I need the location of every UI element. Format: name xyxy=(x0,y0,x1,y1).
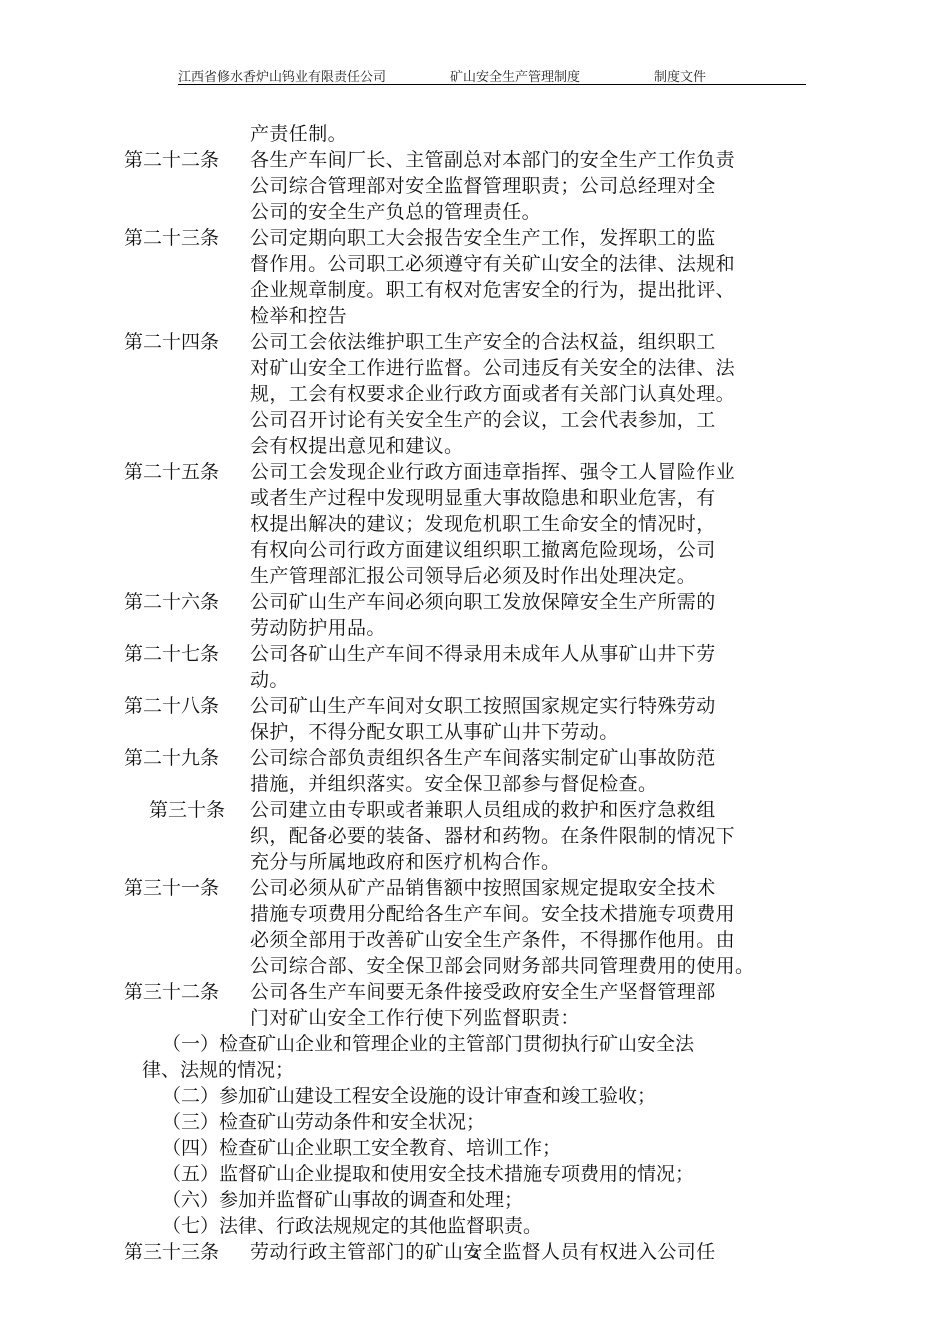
text-line: 公司必须从矿产品销售额中按照国家规定提取安全技术 xyxy=(250,875,810,901)
text-line: 充分与所属地政府和医疗机构合作。 xyxy=(250,849,810,875)
article-text: 公司矿山生产车间必须向职工发放保障安全生产所需的劳动防护用品。 xyxy=(250,589,810,641)
article: 第二十六条公司矿山生产车间必须向职工发放保障安全生产所需的劳动防护用品。 xyxy=(124,589,824,641)
article-text: 公司各生产车间要无条件接受政府安全生产坚督管理部门对矿山安全工作行使下列监督职责… xyxy=(250,979,810,1031)
page-number: 3 xyxy=(471,1247,479,1262)
article-label: 第三十条 xyxy=(124,797,250,875)
text-line: 企业规章制度。职工有权对危害安全的行为，提出批评、 xyxy=(250,277,810,303)
text-line: 公司工会依法维护职工生产安全的合法权益，组织职工 xyxy=(250,329,810,355)
article: 第二十四条公司工会依法维护职工生产安全的合法权益，组织职工对矿山安全工作进行监督… xyxy=(124,329,824,459)
text-line: 劳动防护用品。 xyxy=(250,615,810,641)
article: 第二十八条公司矿山生产车间对女职工按照国家规定实行特殊劳动保护，不得分配女职工从… xyxy=(124,693,824,745)
article-label: 第三十三条 xyxy=(124,1239,250,1265)
text-line: 产责任制。 xyxy=(250,121,810,147)
article-text: 公司各矿山生产车间不得录用未成年人从事矿山井下劳动。 xyxy=(250,641,810,693)
text-line: 各生产车间厂长、主管副总对本部门的安全生产工作负责 xyxy=(250,147,810,173)
text-line: 督作用。公司职工必须遵守有关矿山安全的法律、法规和 xyxy=(250,251,810,277)
text-line: 措施，并组织落实。安全保卫部参与督促检查。 xyxy=(250,771,810,797)
text-line: 权提出解决的建议；发现危机职工生命安全的情况时， xyxy=(250,511,810,537)
article: 第二十七条公司各矿山生产车间不得录用未成年人从事矿山井下劳动。 xyxy=(124,641,824,693)
article-text: 公司矿山生产车间对女职工按照国家规定实行特殊劳动保护，不得分配女职工从事矿山井下… xyxy=(250,693,810,745)
article-text: 公司定期向职工大会报告安全生产工作，发挥职工的监督作用。公司职工必须遵守有关矿山… xyxy=(250,225,810,329)
article: 第二十五条公司工会发现企业行政方面违章指挥、强令工人冒险作业或者生产过程中发现明… xyxy=(124,459,824,589)
text-line: 公司定期向职工大会报告安全生产工作，发挥职工的监 xyxy=(250,225,810,251)
article-text: 劳动行政主管部门的矿山安全监督人员有权进入公司任 xyxy=(250,1239,810,1265)
duty-item: 律、法规的情况； xyxy=(124,1057,824,1083)
text-line: 有权向公司行政方面建议组织职工撤离危险现场，公司 xyxy=(250,537,810,563)
header-company: 江西省修水香炉山钨业有限责任公司 xyxy=(178,66,386,85)
text-line: 公司的安全生产负总的管理责任。 xyxy=(250,199,810,225)
article-text: 公司工会依法维护职工生产安全的合法权益，组织职工对矿山安全工作进行监督。公司违反… xyxy=(250,329,810,459)
duty-item: （四）检查矿山企业职工安全教育、培训工作； xyxy=(124,1135,824,1161)
text-line: 门对矿山安全工作行使下列监督职责： xyxy=(250,1005,810,1031)
text-line: 织，配备必要的装备、器材和药物。在条件限制的情况下 xyxy=(250,823,810,849)
article: 第二十二条各生产车间厂长、主管副总对本部门的安全生产工作负责公司综合管理部对安全… xyxy=(124,147,824,225)
article-label: 第二十八条 xyxy=(124,693,250,745)
article-label: 第三十二条 xyxy=(124,979,250,1031)
duty-item: （二）参加矿山建设工程安全设施的设计审查和竣工验收； xyxy=(124,1083,824,1109)
document-body: 产责任制。 第二十二条各生产车间厂长、主管副总对本部门的安全生产工作负责公司综合… xyxy=(124,121,824,1265)
text-line: 必须全部用于改善矿山安全生产条件，不得挪作他用。由 xyxy=(250,927,810,953)
text-line: 公司召开讨论有关安全生产的会议，工会代表参加，工 xyxy=(250,407,810,433)
text-line: 公司矿山生产车间对女职工按照国家规定实行特殊劳动 xyxy=(250,693,810,719)
article-label: 第二十七条 xyxy=(124,641,250,693)
article: 第二十九条公司综合部负责组织各生产车间落实制定矿山事故防范措施，并组织落实。安全… xyxy=(124,745,824,797)
article-label: 第二十三条 xyxy=(124,225,250,329)
header-document-title: 矿山安全生产管理制度 xyxy=(450,66,580,85)
article-text: 公司建立由专职或者兼职人员组成的救护和医疗急救组织，配备必要的装备、器材和药物。… xyxy=(250,797,810,875)
text-line: 公司各矿山生产车间不得录用未成年人从事矿山井下劳 xyxy=(250,641,810,667)
article-label: 第二十六条 xyxy=(124,589,250,641)
article: 第三十一条公司必须从矿产品销售额中按照国家规定提取安全技术措施专项费用分配给各生… xyxy=(124,875,824,979)
duty-item: （三）检查矿山劳动条件和安全状况； xyxy=(124,1109,824,1135)
article: 第三十条公司建立由专职或者兼职人员组成的救护和医疗急救组织，配备必要的装备、器材… xyxy=(124,797,824,875)
duty-item: （五）监督矿山企业提取和使用安全技术措施专项费用的情况； xyxy=(124,1161,824,1187)
article-label: 第二十四条 xyxy=(124,329,250,459)
article-label: 第三十一条 xyxy=(124,875,250,979)
text-line: 劳动行政主管部门的矿山安全监督人员有权进入公司任 xyxy=(250,1239,810,1265)
text-line: 公司工会发现企业行政方面违章指挥、强令工人冒险作业 xyxy=(250,459,810,485)
header-category: 制度文件 xyxy=(654,66,706,85)
duty-item: （七）法律、行政法规规定的其他监督职责。 xyxy=(124,1213,824,1239)
text-line: 动。 xyxy=(250,667,810,693)
duty-item: （一）检查矿山企业和管理企业的主管部门贯彻执行矿山安全法 xyxy=(124,1031,824,1057)
article-text: 公司工会发现企业行政方面违章指挥、强令工人冒险作业或者生产过程中发现明显重大事故… xyxy=(250,459,810,589)
article: 第三十二条公司各生产车间要无条件接受政府安全生产坚督管理部门对矿山安全工作行使下… xyxy=(124,979,824,1031)
text-line: 保护，不得分配女职工从事矿山井下劳动。 xyxy=(250,719,810,745)
text-line: 对矿山安全工作进行监督。公司违反有关安全的法律、法 xyxy=(250,355,810,381)
text-line: 公司各生产车间要无条件接受政府安全生产坚督管理部 xyxy=(250,979,810,1005)
text-line: 措施专项费用分配给各生产车间。安全技术措施专项费用 xyxy=(250,901,810,927)
article-text: 公司综合部负责组织各生产车间落实制定矿山事故防范措施，并组织落实。安全保卫部参与… xyxy=(250,745,810,797)
duty-item: （六）参加并监督矿山事故的调查和处理； xyxy=(124,1187,824,1213)
text-line: 公司综合管理部对安全监督管理职责；公司总经理对全 xyxy=(250,173,810,199)
text-line: 或者生产过程中发现明显重大事故隐患和职业危害，有 xyxy=(250,485,810,511)
text-line: 公司矿山生产车间必须向职工发放保障安全生产所需的 xyxy=(250,589,810,615)
header-rule xyxy=(178,84,806,85)
continuation-paragraph: 产责任制。 xyxy=(124,121,824,147)
text-line: 公司综合部负责组织各生产车间落实制定矿山事故防范 xyxy=(250,745,810,771)
article-label: 第二十九条 xyxy=(124,745,250,797)
article-label: 第二十二条 xyxy=(124,147,250,225)
article-text: 公司必须从矿产品销售额中按照国家规定提取安全技术措施专项费用分配给各生产车间。安… xyxy=(250,875,810,979)
article: 第二十三条公司定期向职工大会报告安全生产工作，发挥职工的监督作用。公司职工必须遵… xyxy=(124,225,824,329)
text-line: 会有权提出意见和建议。 xyxy=(250,433,810,459)
text-line: 公司建立由专职或者兼职人员组成的救护和医疗急救组 xyxy=(250,797,810,823)
text-line: 公司综合部、安全保卫部会同财务部共同管理费用的使用。 xyxy=(250,953,810,979)
text-line: 规，工会有权要求企业行政方面或者有关部门认真处理。 xyxy=(250,381,810,407)
page-header: 江西省修水香炉山钨业有限责任公司 矿山安全生产管理制度 制度文件 xyxy=(178,64,806,84)
text-line: 生产管理部汇报公司领导后必须及时作出处理决定。 xyxy=(250,563,810,589)
article-text: 各生产车间厂长、主管副总对本部门的安全生产工作负责公司综合管理部对安全监督管理职… xyxy=(250,147,810,225)
text-line: 检举和控告 xyxy=(250,303,810,329)
article-label: 第二十五条 xyxy=(124,459,250,589)
